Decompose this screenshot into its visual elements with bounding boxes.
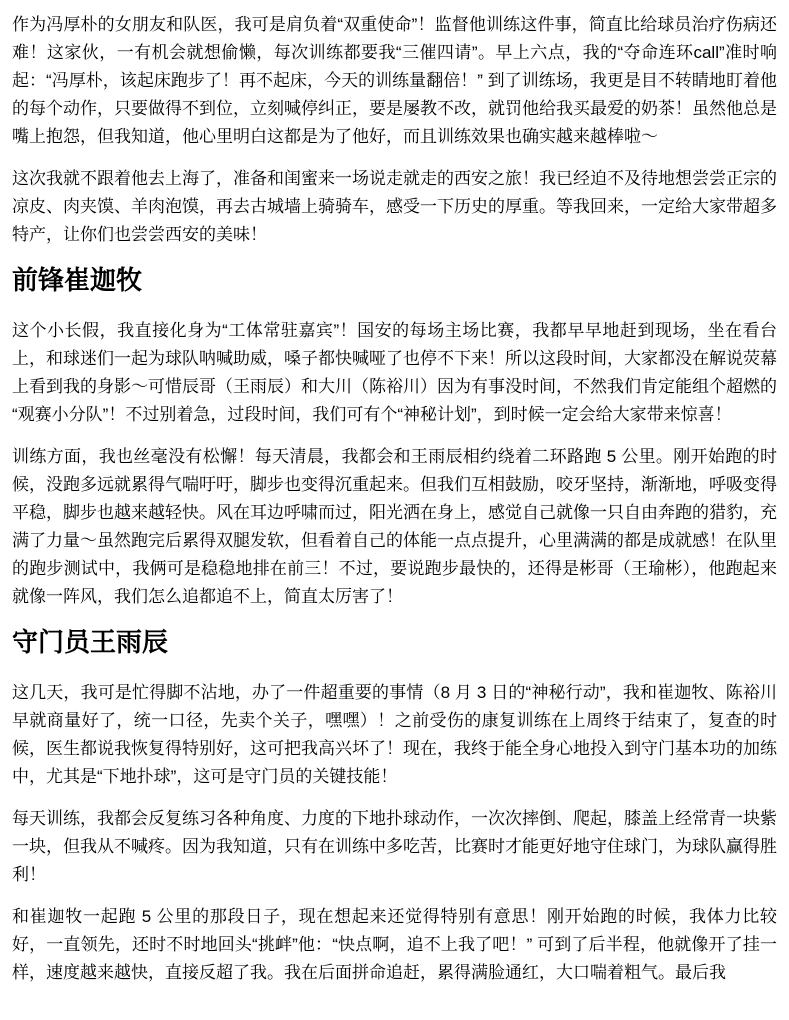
section-heading-goalkeeper-wangyuchen: 守门员王雨辰 <box>12 625 777 659</box>
paragraph-xian-trip: 这次我就不跟着他去上海了，准备和闺蜜来一场说走就走的西安之旅！我已经迫不及待地想… <box>12 165 777 249</box>
section-heading-forward-cuijiamu: 前锋崔迦牧 <box>12 263 777 297</box>
paragraph-running-with-cuijiamu: 和崔迦牧一起跑 5 公里的那段日子，现在想起来还觉得特别有意思！刚开始跑的时候，… <box>12 903 777 987</box>
paragraph-recovery-secret-plan: 这几天，我可是忙得脚不沾地，办了一件超重要的事情（8 月 3 日的“神秘行动”，… <box>12 679 777 791</box>
paragraph-morning-run-training: 训练方面，我也丝毫没有松懈！每天清晨，我都会和王雨辰相约绕着二环路跑 5 公里。… <box>12 443 777 611</box>
paragraph-diving-save-practice: 每天训练，我都会反复练习各种角度、力度的下地扑球动作，一次次摔倒、爬起，膝盖上经… <box>12 805 777 889</box>
paragraph-stadium-guest: 这个小长假，我直接化身为“工体常驻嘉宾”！国安的每场主场比赛，我都早早地赶到现场… <box>12 317 777 429</box>
article-body: 作为冯厚朴的女朋友和队医，我可是肩负着“双重使命”！监督他训练这件事，简直比给球… <box>0 0 789 987</box>
paragraph-team-doctor-duty: 作为冯厚朴的女朋友和队医，我可是肩负着“双重使命”！监督他训练这件事，简直比给球… <box>12 11 777 151</box>
